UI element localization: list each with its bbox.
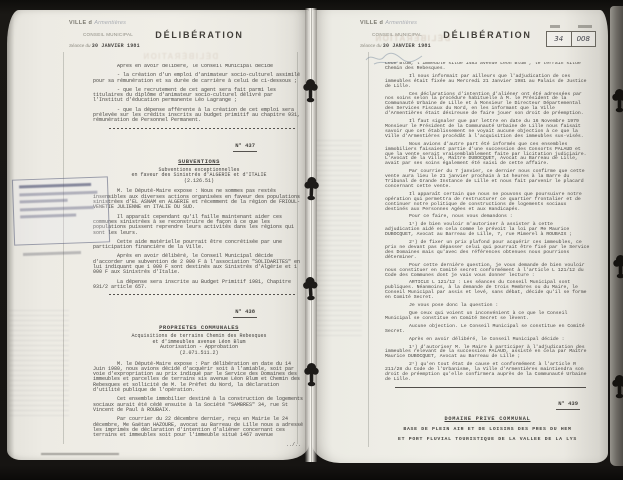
paragraph: Il apparaît cependant qu'il faille maint… — [93, 215, 305, 236]
paragraph: - la création d'un emploi d'animateur so… — [93, 73, 305, 84]
paragraph: 2°) de fixer un prix plafond pour acquér… — [385, 241, 590, 261]
paragraph: Après en avoir délibéré, le Conseil Muni… — [93, 64, 305, 69]
ville-line: VILLE d Armentières — [69, 20, 126, 26]
binding-mark-icon — [303, 174, 319, 205]
subventions-block: M. le Député-Maire expose : Nous ne somm… — [93, 189, 305, 290]
prefecture-stamp — [12, 176, 110, 245]
text-column: Léon Blum, l'immeuble situé 1483 avenue … — [385, 62, 590, 460]
scanned-register-spread: VILLE d Armentières CONSEIL MUNICIPAL Sé… — [0, 0, 623, 480]
section-subtitle: Subventions exceptionnellesen faveur des… — [93, 168, 305, 185]
stamp-text-line — [19, 190, 97, 196]
continuation-paragraph: Léon Blum, l'immeuble situé 1483 avenue … — [385, 62, 590, 72]
paragraph: Après en avoir délibéré, le Conseil Muni… — [93, 254, 305, 275]
ink-bleed-title: DÉLIBÉRATION — [374, 34, 450, 43]
paragraph: Pour ce faire, nous vous demandons : — [385, 215, 590, 220]
seance-line: Séance du 30 JANVIER 1981 — [360, 43, 431, 49]
stamp-label-mark — [578, 25, 592, 28]
stamp-text-line — [20, 205, 94, 211]
solid-separator — [395, 387, 586, 388]
section-heading-domaine: DOMAINE PRIVE COMMUNAL — [385, 416, 590, 422]
deliberation-number-line: N° 438 — [93, 300, 305, 318]
ink-bleed-texture — [316, 140, 362, 340]
stamp-label-mark — [550, 25, 560, 28]
paragraph: Cet ensemble immobilier destiné à la con… — [93, 397, 305, 413]
deliberation-number: N° 437 — [233, 142, 257, 152]
paragraph: Il nous informait par ailleurs que l'adj… — [385, 75, 590, 90]
paragraph: La dépense sera inscrite au Budget Primi… — [93, 280, 305, 291]
seance-date: 30 JANVIER 1981 — [383, 43, 431, 49]
binding-mark-icon — [613, 252, 623, 282]
paragraph: M. le Député-Maire expose : Par délibéra… — [93, 362, 305, 394]
section-heading-proprietes: PROPRIETES COMMUNALES — [93, 324, 305, 331]
proprietes-block: M. le Député-Maire expose : Par délibéra… — [93, 362, 305, 439]
right-page: VILLE d Armentières CONSEIL MUNICIPAL Sé… — [312, 10, 608, 463]
seance-label: Séance du — [360, 43, 382, 48]
folio-stamp-box: 34 008 — [546, 31, 596, 47]
seance-label: Séance du — [69, 43, 91, 48]
ville-handwriting: Armentières — [94, 20, 126, 26]
paragraph: Que ceux qui voient un inconvénient à ce… — [385, 312, 590, 322]
paragraph: Pour cette dernière question, je vous de… — [385, 264, 590, 279]
binding-mark-icon — [302, 274, 319, 305]
paragraph: 1°) de bien vouloir m'autoriser à assist… — [385, 223, 590, 238]
binding-mark-icon — [612, 372, 623, 402]
paragraph: Il faut signaler que par lettre en date … — [385, 120, 590, 140]
deliberation-number-line: N° 439 — [385, 392, 590, 410]
footer-title-block: BASE DE PLEIN AIR ET DE LOISIRS DES PRES… — [385, 427, 590, 442]
paragraph: Par courrier du 22 décembre dernier, reç… — [93, 417, 305, 438]
stamp-signature-mark — [23, 251, 81, 256]
deliberation-number: N° 438 — [233, 308, 257, 318]
stamp-text-line — [20, 199, 68, 204]
ink-bleed-texture — [9, 310, 69, 420]
paragraph: Nous avions d'autre part été informés qu… — [385, 143, 590, 168]
binding-mark-icon — [612, 86, 623, 116]
footer-title-line: ET PORT FLUVIAL TOURISTIQUE DE LA VALLEE… — [385, 437, 590, 442]
paragraph: ARTICLE L 121/12 : Les séances du Consei… — [385, 281, 590, 301]
paragraph: Après en avoir délibéré, le Conseil Muni… — [385, 338, 590, 343]
section-subtitle: Acquisitions de terrains Chemin des Rebe… — [93, 334, 305, 356]
margin-rule-left — [368, 52, 369, 447]
paragraph: Par courrier du 7 janvier, ce dernier no… — [385, 170, 590, 190]
paragraph: Cette aide matérielle pourrait être conc… — [93, 240, 305, 251]
binding-mark-icon — [303, 76, 318, 106]
deliberation-number: N° 439 — [556, 400, 580, 410]
stamp-text-line — [19, 183, 91, 189]
ville-handwriting: Armentières — [385, 20, 417, 26]
deliberation-body: Il nous informait par ailleurs que l'adj… — [385, 75, 590, 383]
stamp-text-line — [20, 213, 76, 218]
ink-bleed-title: DÉLIBÉRATION — [142, 52, 218, 61]
paragraph: Il apparaît certain que nous ne pouvons … — [385, 193, 590, 213]
paragraph: 2°) qu'en tout état de cause et conformé… — [385, 363, 590, 383]
folio-stamp-value: 34 — [547, 32, 571, 46]
folio-stamp-value: 008 — [571, 32, 596, 46]
stamp-labels — [550, 25, 592, 28]
binding-mark-icon — [304, 360, 319, 390]
paragraph: Ces déclarations d'intention d'aliéner o… — [385, 93, 590, 118]
dashed-separator — [109, 294, 297, 295]
ville-label: VILLE d — [360, 20, 383, 26]
subtitle-line: (2.071.511.2) — [93, 351, 305, 357]
paragraph: - que le recrutement de cet agent sera f… — [93, 88, 305, 104]
paragraph: 1°) d'autoriser M. le Maire à participer… — [385, 346, 590, 361]
paragraph: Je vous pose donc la question : — [385, 304, 590, 309]
continuation-mark: ../.. — [93, 442, 305, 448]
printer-mark — [41, 453, 119, 456]
paragraph: - que la dépense afférente à la création… — [93, 108, 305, 124]
page-title: DÉLIBÉRATION — [97, 30, 302, 40]
deliberation-number-line: N° 437 — [93, 134, 305, 152]
footer-title-line: BASE DE PLEIN AIR ET DE LOISIRS DES PRES… — [385, 427, 590, 432]
text-column: Après en avoir délibéré, le Conseil Muni… — [93, 64, 305, 456]
ville-label: VILLE d — [69, 20, 92, 26]
seance-line: Séance du 30 JANVIER 1981 — [69, 43, 140, 49]
subtitle-line: (2.126.51) — [93, 179, 305, 185]
paragraph: Aucune objection. Le Conseil Municipal s… — [385, 325, 590, 335]
seance-date: 30 JANVIER 1981 — [92, 43, 140, 49]
dashed-separator — [109, 128, 297, 129]
left-page: VILLE d Armentières CONSEIL MUNICIPAL Sé… — [7, 10, 309, 460]
section-heading-subventions: SUBVENTIONS — [93, 158, 305, 165]
intro-block: Après en avoir délibéré, le Conseil Muni… — [93, 64, 305, 124]
paragraph: M. le Député-Maire expose : Nous ne somm… — [93, 189, 305, 210]
ville-line: VILLE d Armentières — [360, 20, 417, 26]
